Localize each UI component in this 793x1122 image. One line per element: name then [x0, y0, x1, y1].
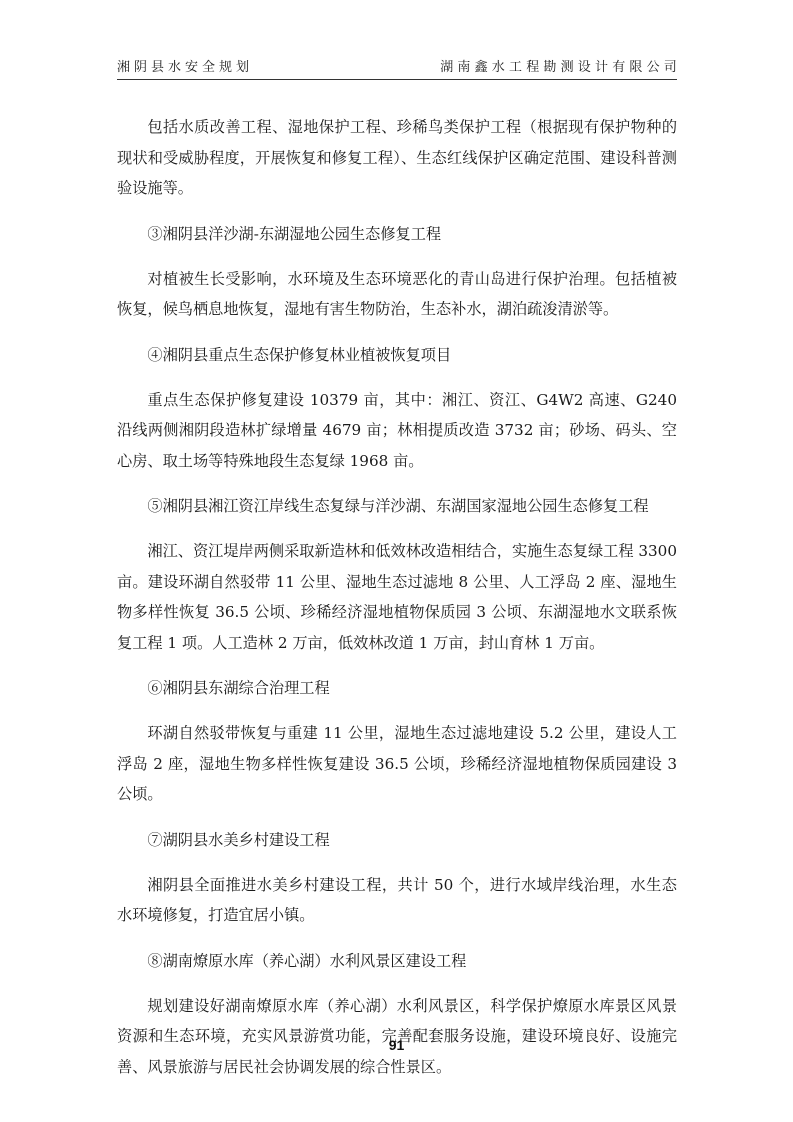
section-heading-3: ③湘阴县洋沙湖-东湖湿地公园生态修复工程 [117, 219, 677, 249]
paragraph-riverbank-greening: 湘江、资江堤岸两侧采取新造林和低效林改造相结合，实施生态复绿工程 3300 亩。… [117, 536, 677, 658]
page-header: 湘阴县水安全规划 湖南鑫水工程勘测设计有限公司 [117, 54, 677, 80]
paragraph-qingshan-island: 对植被生长受影响，水环境及生态环境恶化的青山岛进行保护治理。包括植被恢复，候鸟栖… [117, 264, 677, 325]
paragraph-water-village: 湘阴县全面推进水美乡村建设工程，共计 50 个，进行水域岸线治理，水生态水环境修… [117, 870, 677, 931]
paragraph-forestry-restoration: 重点生态保护修复建设 10379 亩，其中：湘江、资江、G4W2 高速、G240… [117, 385, 677, 477]
page-content: 包括水质改善工程、湿地保护工程、珍稀鸟类保护工程（根据现有保护物种的现状和受威胁… [117, 112, 677, 1097]
section-heading-4: ④湘阴县重点生态保护修复林业植被恢复项目 [117, 340, 677, 370]
page-number: 91 [0, 1037, 793, 1053]
section-heading-5: ⑤湘阴县湘江资江岸线生态复绿与洋沙湖、东湖国家湿地公园生态修复工程 [117, 491, 677, 521]
paragraph-water-quality: 包括水质改善工程、湿地保护工程、珍稀鸟类保护工程（根据现有保护物种的现状和受威胁… [117, 112, 677, 204]
section-heading-6: ⑥湘阴县东湖综合治理工程 [117, 673, 677, 703]
paragraph-donghu-governance: 环湖自然驳带恢复与重建 11 公里，湿地生态过滤地建设 5.2 公里，建设人工浮… [117, 718, 677, 810]
section-heading-8: ⑧湖南燎原水库（养心湖）水利风景区建设工程 [117, 946, 677, 976]
document-title: 湘阴县水安全规划 [117, 60, 253, 76]
company-name: 湖南鑫水工程勘测设计有限公司 [440, 60, 681, 76]
section-heading-7: ⑦湖阴县水美乡村建设工程 [117, 825, 677, 855]
